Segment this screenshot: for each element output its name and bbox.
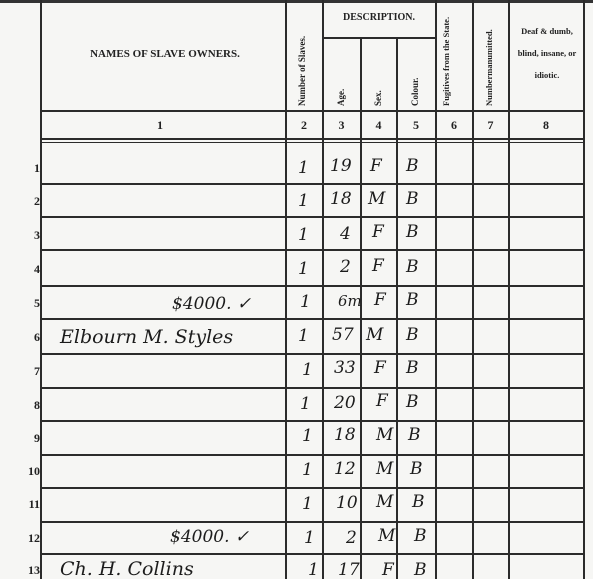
- colnum-6: 6: [436, 118, 472, 133]
- slave-age: 4: [340, 224, 351, 244]
- slave-sex: M: [376, 459, 393, 479]
- colnum-4: 4: [361, 118, 396, 133]
- row-line: [40, 285, 585, 287]
- row-line: [40, 454, 585, 456]
- slave-count: 1: [302, 360, 313, 380]
- slave-count: 1: [300, 394, 311, 414]
- slave-age: 6m: [338, 292, 362, 310]
- slave-age: 20: [334, 393, 356, 413]
- header-bottom-line: [40, 110, 585, 112]
- slave-count: 1: [298, 326, 309, 346]
- row-line: [40, 318, 585, 320]
- top-border: [0, 0, 593, 3]
- slave-colour: B: [406, 257, 419, 277]
- slave-count: 1: [298, 259, 309, 279]
- slave-colour: B: [406, 325, 419, 345]
- colnum-bottom-line-2: [40, 142, 585, 143]
- census-page: NAMES OF SLAVE OWNERS. Number of Slaves.…: [0, 0, 593, 579]
- slave-sex: M: [368, 189, 385, 209]
- slave-age: 2: [340, 257, 351, 277]
- colnum-2: 2: [286, 118, 322, 133]
- slave-sex: F: [376, 391, 388, 411]
- owner-name: Elbourn M. Styles: [60, 326, 233, 348]
- header-colour: Colour.: [410, 62, 420, 106]
- line-number: 5: [14, 296, 40, 311]
- slave-sex: F: [372, 256, 384, 276]
- slave-sex: F: [372, 222, 384, 242]
- row-line: [40, 216, 585, 218]
- slave-sex: F: [374, 290, 386, 310]
- slave-age: 10: [336, 493, 358, 513]
- colnum-7: 7: [473, 118, 508, 133]
- col-line-8: [508, 0, 510, 579]
- line-number: 3: [14, 228, 40, 243]
- colnum-bottom-line: [40, 138, 585, 140]
- slave-count: 1: [302, 426, 313, 446]
- colnum-5: 5: [397, 118, 435, 133]
- slave-count: 1: [298, 225, 309, 245]
- row-line: [40, 183, 585, 185]
- line-number: 9: [14, 431, 40, 446]
- description-underline: [322, 37, 437, 39]
- line-number: 1: [14, 161, 40, 176]
- owner-name: Ch. H. Collins: [60, 558, 194, 579]
- header-description: DESCRIPTION.: [323, 12, 435, 23]
- line-number: 13: [14, 563, 40, 578]
- slave-age: 12: [334, 459, 356, 479]
- right-border: [583, 0, 585, 579]
- slave-count: 1: [304, 528, 315, 548]
- row-line: [40, 353, 585, 355]
- slave-sex: F: [374, 358, 386, 378]
- slave-sex: F: [382, 560, 394, 579]
- slave-count: 1: [302, 494, 313, 514]
- slave-count: 1: [298, 191, 309, 211]
- slave-count: 1: [300, 292, 311, 312]
- slave-sex: F: [370, 156, 382, 176]
- line-number: 6: [14, 330, 40, 345]
- slave-age: 17: [338, 560, 360, 579]
- header-manumitted: Numbermanumitted.: [484, 4, 494, 106]
- row-line: [40, 420, 585, 422]
- left-border: [40, 0, 42, 579]
- slave-colour: B: [406, 222, 419, 242]
- slave-colour: B: [406, 358, 419, 378]
- owner-value-note: $4000. ✓: [172, 294, 251, 314]
- line-number: 11: [14, 497, 40, 512]
- slave-colour: B: [414, 526, 427, 546]
- col-line-7: [472, 0, 474, 579]
- slave-sex: M: [366, 325, 383, 345]
- line-number: 2: [14, 194, 40, 209]
- slave-colour: B: [412, 492, 425, 512]
- row-line: [40, 487, 585, 489]
- slave-colour: B: [406, 156, 419, 176]
- slave-colour: B: [414, 560, 427, 579]
- slave-colour: B: [408, 425, 421, 445]
- slave-colour: B: [406, 392, 419, 412]
- slave-age: 33: [334, 358, 356, 378]
- slave-age: 18: [334, 425, 356, 445]
- header-owner-names: NAMES OF SLAVE OWNERS.: [45, 48, 285, 60]
- row-line: [40, 521, 585, 523]
- slave-age: 57: [332, 325, 354, 345]
- line-number: 12: [14, 531, 40, 546]
- header-deaf-dumb: Deaf & dumb, blind, insane, or idiotic.: [512, 20, 582, 86]
- header-fugitives: Fugitives from the State.: [441, 8, 467, 106]
- slave-age: 19: [330, 156, 352, 176]
- header-age: Age.: [336, 78, 346, 106]
- slave-age: 2: [346, 528, 357, 548]
- col-line-3: [322, 0, 324, 579]
- slave-age: 18: [330, 189, 352, 209]
- colnum-1: 1: [140, 118, 180, 133]
- row-line: [40, 387, 585, 389]
- owner-value-note: $4000. ✓: [170, 527, 249, 547]
- slave-colour: B: [406, 290, 419, 310]
- slave-colour: B: [406, 189, 419, 209]
- row-line: [40, 249, 585, 251]
- colnum-3: 3: [323, 118, 360, 133]
- colnum-8: 8: [509, 118, 583, 133]
- slave-sex: M: [378, 526, 395, 546]
- header-number-of-slaves: Number of Slaves.: [297, 8, 307, 106]
- line-number: 7: [14, 364, 40, 379]
- slave-colour: B: [410, 459, 423, 479]
- line-number: 8: [14, 398, 40, 413]
- line-number: 4: [14, 262, 40, 277]
- row-line: [40, 553, 585, 555]
- slave-sex: M: [376, 425, 393, 445]
- slave-count: 1: [308, 560, 319, 579]
- line-number: 10: [14, 464, 40, 479]
- slave-count: 1: [302, 460, 313, 480]
- col-line-2: [285, 0, 287, 579]
- slave-count: 1: [298, 158, 309, 178]
- slave-sex: M: [376, 492, 393, 512]
- col-line-6: [435, 0, 437, 579]
- header-sex: Sex.: [373, 78, 383, 106]
